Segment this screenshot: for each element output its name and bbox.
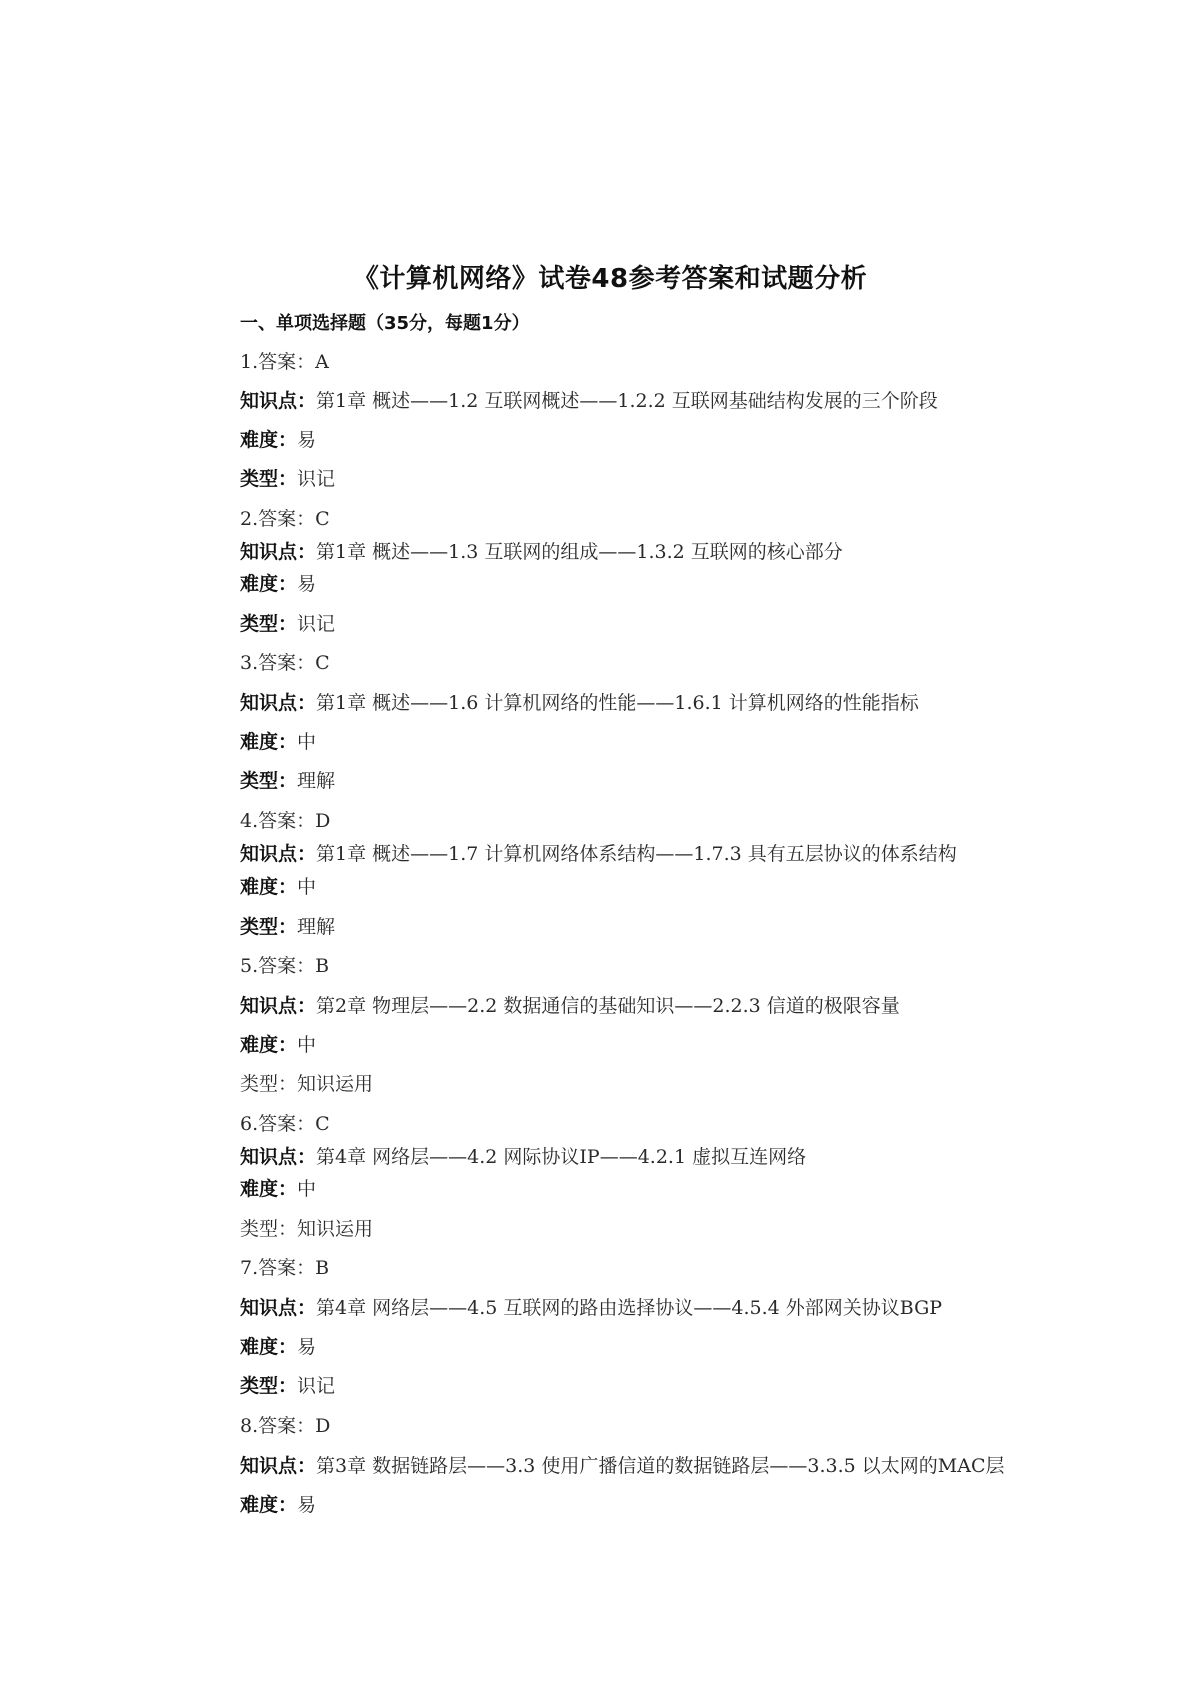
difficulty-label: 难度： bbox=[240, 429, 297, 451]
item-number: 4 bbox=[240, 810, 252, 832]
document-page: 《计算机网络》试卷48参考答案和试题分析 一、单项选择题（35分，每题1分） 1… bbox=[0, 0, 1190, 1683]
type-value: 识记 bbox=[297, 1375, 335, 1397]
knowledge-line: 知识点：第1章 概述——1.3 互联网的组成——1.3.2 互联网的核心部分 bbox=[240, 540, 843, 564]
difficulty-label: 难度： bbox=[240, 1336, 297, 1358]
answer-value: C bbox=[315, 508, 330, 530]
knowledge-line: 知识点：第1章 概述——1.6 计算机网络的性能——1.6.1 计算机网络的性能… bbox=[240, 691, 919, 715]
difficulty-value: 易 bbox=[297, 573, 316, 595]
answer-value: B bbox=[315, 955, 329, 977]
difficulty-line: 难度：易 bbox=[240, 572, 316, 596]
answer-label: .答案： bbox=[252, 1257, 315, 1279]
difficulty-value: 中 bbox=[297, 731, 316, 753]
type-value: 理解 bbox=[297, 916, 335, 938]
difficulty-line: 难度：易 bbox=[240, 428, 316, 452]
knowledge-label: 知识点： bbox=[240, 995, 316, 1017]
type-line: 类型：识记 bbox=[240, 1374, 335, 1398]
type-value: 知识运用 bbox=[297, 1218, 373, 1240]
document-title: 《计算机网络》试卷48参考答案和试题分析 bbox=[0, 258, 1190, 295]
answer-line: 7.答案：B bbox=[240, 1256, 329, 1280]
type-line: 类型：识记 bbox=[240, 612, 335, 636]
difficulty-value: 中 bbox=[297, 1178, 316, 1200]
answer-label: .答案： bbox=[252, 1415, 315, 1437]
difficulty-line: 难度：中 bbox=[240, 730, 316, 754]
difficulty-label: 难度： bbox=[240, 876, 297, 898]
type-label: 类型： bbox=[240, 1218, 297, 1240]
item-number: 2 bbox=[240, 508, 252, 530]
answer-line: 6.答案：C bbox=[240, 1112, 330, 1136]
answer-line: 4.答案：D bbox=[240, 809, 330, 833]
knowledge-line: 知识点：第3章 数据链路层——3.3 使用广播信道的数据链路层——3.3.5 以… bbox=[240, 1454, 1005, 1478]
knowledge-value: 第4章 网络层——4.5 互联网的路由选择协议——4.5.4 外部网关协议BGP bbox=[316, 1297, 942, 1319]
answer-line: 1.答案：A bbox=[240, 350, 329, 374]
difficulty-label: 难度： bbox=[240, 731, 297, 753]
knowledge-label: 知识点： bbox=[240, 1455, 316, 1477]
difficulty-label: 难度： bbox=[240, 1494, 297, 1516]
type-label: 类型： bbox=[240, 468, 297, 490]
knowledge-value: 第1章 概述——1.6 计算机网络的性能——1.6.1 计算机网络的性能指标 bbox=[316, 692, 919, 714]
item-number: 8 bbox=[240, 1415, 252, 1437]
difficulty-line: 难度：易 bbox=[240, 1335, 316, 1359]
answer-label: .答案： bbox=[252, 955, 315, 977]
type-value: 知识运用 bbox=[297, 1073, 373, 1095]
difficulty-label: 难度： bbox=[240, 573, 297, 595]
difficulty-label: 难度： bbox=[240, 1178, 297, 1200]
knowledge-label: 知识点： bbox=[240, 390, 316, 412]
answer-line: 8.答案：D bbox=[240, 1414, 330, 1438]
type-value: 识记 bbox=[297, 468, 335, 490]
difficulty-label: 难度： bbox=[240, 1034, 297, 1056]
difficulty-line: 难度：易 bbox=[240, 1493, 316, 1517]
knowledge-value: 第1章 概述——1.7 计算机网络体系结构——1.7.3 具有五层协议的体系结构 bbox=[316, 843, 957, 865]
answer-label: .答案： bbox=[252, 810, 315, 832]
answer-label: .答案： bbox=[252, 508, 315, 530]
knowledge-value: 第1章 概述——1.2 互联网概述——1.2.2 互联网基础结构发展的三个阶段 bbox=[316, 390, 938, 412]
knowledge-label: 知识点： bbox=[240, 692, 316, 714]
item-number: 3 bbox=[240, 652, 252, 674]
difficulty-line: 难度：中 bbox=[240, 875, 316, 899]
difficulty-value: 易 bbox=[297, 1494, 316, 1516]
type-line: 类型：识记 bbox=[240, 467, 335, 491]
type-line: 类型：知识运用 bbox=[240, 1072, 373, 1096]
knowledge-value: 第1章 概述——1.3 互联网的组成——1.3.2 互联网的核心部分 bbox=[316, 541, 843, 563]
type-value: 识记 bbox=[297, 613, 335, 635]
answer-label: .答案： bbox=[252, 1113, 315, 1135]
knowledge-line: 知识点：第4章 网络层——4.5 互联网的路由选择协议——4.5.4 外部网关协… bbox=[240, 1296, 942, 1320]
difficulty-value: 中 bbox=[297, 876, 316, 898]
difficulty-line: 难度：中 bbox=[240, 1033, 316, 1057]
answer-line: 5.答案：B bbox=[240, 954, 329, 978]
type-label: 类型： bbox=[240, 1375, 297, 1397]
difficulty-line: 难度：中 bbox=[240, 1177, 316, 1201]
item-number: 5 bbox=[240, 955, 252, 977]
type-label: 类型： bbox=[240, 1073, 297, 1095]
answer-value: D bbox=[315, 810, 330, 832]
knowledge-value: 第3章 数据链路层——3.3 使用广播信道的数据链路层——3.3.5 以太网的M… bbox=[316, 1455, 1004, 1477]
type-label: 类型： bbox=[240, 613, 297, 635]
answer-value: D bbox=[315, 1415, 330, 1437]
knowledge-value: 第4章 网络层——4.2 网际协议IP——4.2.1 虚拟互连网络 bbox=[316, 1146, 806, 1168]
knowledge-label: 知识点： bbox=[240, 1297, 316, 1319]
section-heading: 一、单项选择题（35分，每题1分） bbox=[240, 309, 530, 335]
answer-label: .答案： bbox=[252, 351, 315, 373]
type-line: 类型：知识运用 bbox=[240, 1217, 373, 1241]
knowledge-line: 知识点：第1章 概述——1.2 互联网概述——1.2.2 互联网基础结构发展的三… bbox=[240, 389, 938, 413]
answer-value: A bbox=[315, 351, 329, 373]
answer-value: C bbox=[315, 652, 330, 674]
knowledge-line: 知识点：第1章 概述——1.7 计算机网络体系结构——1.7.3 具有五层协议的… bbox=[240, 842, 957, 866]
knowledge-label: 知识点： bbox=[240, 843, 316, 865]
type-label: 类型： bbox=[240, 770, 297, 792]
knowledge-line: 知识点：第2章 物理层——2.2 数据通信的基础知识——2.2.3 信道的极限容… bbox=[240, 994, 900, 1018]
item-number: 1 bbox=[240, 351, 252, 373]
answer-line: 3.答案：C bbox=[240, 651, 330, 675]
type-line: 类型：理解 bbox=[240, 769, 335, 793]
knowledge-label: 知识点： bbox=[240, 1146, 316, 1168]
knowledge-label: 知识点： bbox=[240, 541, 316, 563]
item-number: 6 bbox=[240, 1113, 252, 1135]
difficulty-value: 中 bbox=[297, 1034, 316, 1056]
type-label: 类型： bbox=[240, 916, 297, 938]
difficulty-value: 易 bbox=[297, 429, 316, 451]
answer-value: B bbox=[315, 1257, 329, 1279]
answer-value: C bbox=[315, 1113, 330, 1135]
type-value: 理解 bbox=[297, 770, 335, 792]
knowledge-value: 第2章 物理层——2.2 数据通信的基础知识——2.2.3 信道的极限容量 bbox=[316, 995, 900, 1017]
difficulty-value: 易 bbox=[297, 1336, 316, 1358]
type-line: 类型：理解 bbox=[240, 915, 335, 939]
item-number: 7 bbox=[240, 1257, 252, 1279]
knowledge-line: 知识点：第4章 网络层——4.2 网际协议IP——4.2.1 虚拟互连网络 bbox=[240, 1145, 806, 1169]
answer-label: .答案： bbox=[252, 652, 315, 674]
answer-line: 2.答案：C bbox=[240, 507, 330, 531]
